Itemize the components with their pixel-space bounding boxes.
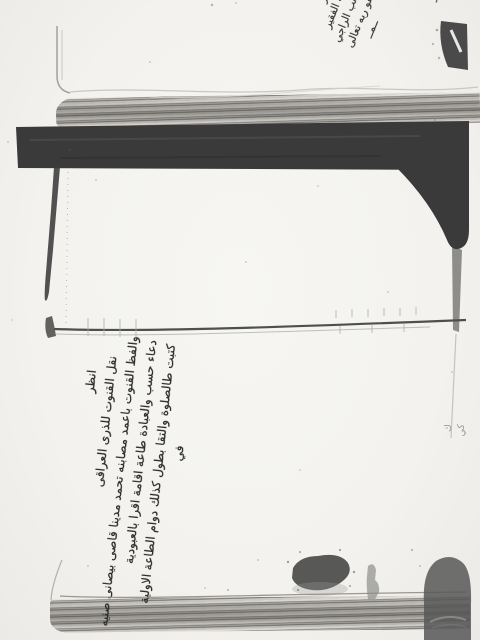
manuscript-photo-stage: انظر نقل القنوت للذرى العراقى والفظ القن… xyxy=(0,0,480,640)
head-corner-shadow-patch xyxy=(440,21,468,70)
band-texture-streak xyxy=(60,156,380,158)
ink-smudge-speckles xyxy=(287,549,355,591)
margin-mark: كي xyxy=(455,424,468,456)
fold-gutter-line xyxy=(54,320,466,330)
left-hanging-wedge xyxy=(45,167,60,301)
right-dark-wedge xyxy=(396,164,469,249)
head-corner-highlight-streak xyxy=(451,30,461,52)
top-page-stack-edge xyxy=(56,92,480,129)
margin-mark: ك xyxy=(442,424,455,456)
ink-smudge-blot xyxy=(292,555,350,590)
ink-smudge-halo xyxy=(292,582,348,596)
speck xyxy=(438,57,440,59)
right-edge-faint-line xyxy=(451,334,456,438)
band-texture-streak xyxy=(30,136,420,140)
bottom-left-page-corner-edge xyxy=(51,560,62,600)
right-dark-strip xyxy=(452,246,462,332)
speck xyxy=(432,43,434,45)
margin-marks: ك كي xyxy=(442,424,478,456)
speck xyxy=(436,29,439,32)
main-text-block: انظر نقل القنوت للذرى العراقى والفظ القن… xyxy=(64,331,226,564)
stitching-ticks xyxy=(88,307,416,337)
perforation-dotted-line xyxy=(66,172,68,330)
top-page-edge-line xyxy=(70,87,478,92)
left-fold-end-blot xyxy=(45,316,56,338)
top-left-page-corner-edge xyxy=(57,26,70,93)
